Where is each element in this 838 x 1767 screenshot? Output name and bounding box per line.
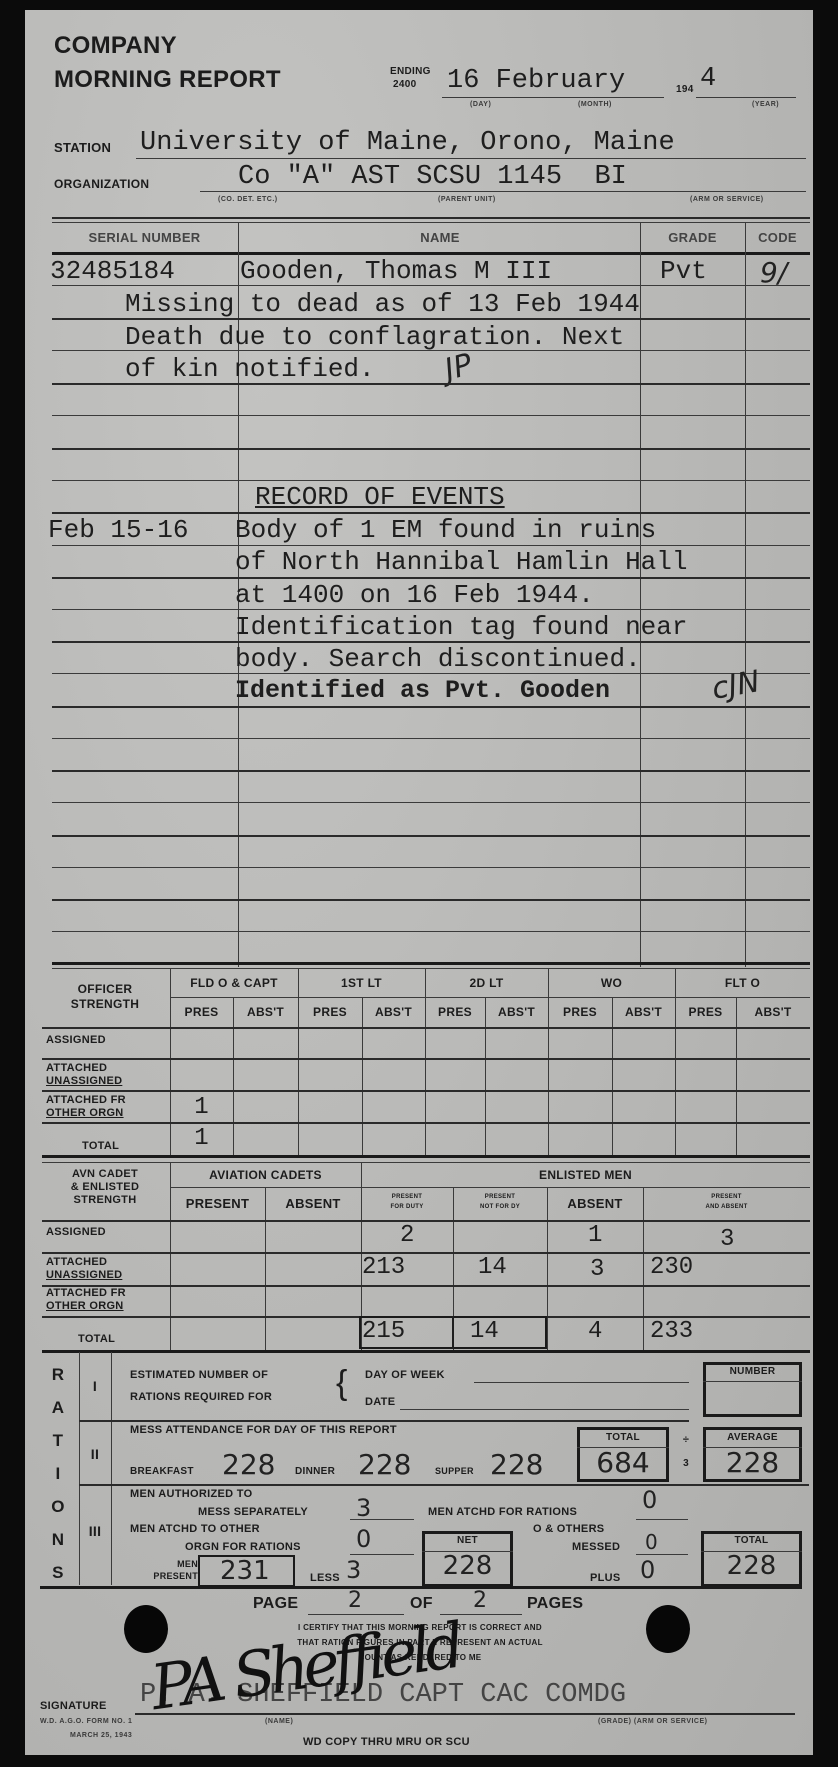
col-serial-number: SERIAL NUMBER	[52, 230, 237, 245]
enlisted-row-attached-other: ATTACHED FR OTHER ORGN	[46, 1287, 126, 1313]
officer-divider	[736, 998, 737, 1155]
breakfast-value: 228	[222, 1448, 275, 1481]
section-rule	[42, 1350, 810, 1353]
col-label-1: PRESENT	[643, 1192, 810, 1202]
assigned-present-and-absent: 3	[720, 1226, 734, 1253]
officer-row-total: TOTAL	[82, 1140, 119, 1152]
row-rule	[52, 480, 810, 481]
divisor: 3	[679, 1458, 693, 1469]
col-grade: GRADE	[640, 230, 745, 245]
sub-pres: PRES	[675, 1005, 736, 1019]
report-date: 16 February	[447, 66, 625, 96]
total-present-and-absent: 233	[650, 1318, 693, 1345]
page-label: PAGE	[253, 1595, 298, 1613]
row-rule	[52, 835, 810, 837]
rations-letter: N	[44, 1523, 72, 1556]
sub-abst: ABS'T	[362, 1005, 425, 1019]
col-cadets-absent: ABSENT	[265, 1196, 361, 1211]
sub-abst: ABS'T	[612, 1005, 675, 1019]
less-label: LESS	[310, 1572, 340, 1584]
section-ii-numeral: II	[79, 1446, 111, 1462]
atchd-other-label-1: MEN ATCHD TO OTHER	[130, 1523, 260, 1535]
atchd-for-label: MEN ATCHD FOR RATIONS	[428, 1506, 577, 1518]
dinner-value: 228	[358, 1448, 411, 1481]
rations-letter: I	[44, 1457, 72, 1490]
co-caption: (CO. DET. ETC.)	[218, 196, 278, 203]
col-name: NAME	[240, 230, 640, 245]
total-box-divider	[452, 1316, 454, 1349]
enlisted-strength-title: AVN CADET & ENLISTED STRENGTH	[40, 1168, 170, 1207]
assigned-absent: 1	[588, 1222, 602, 1249]
officer-row-attached-other: ATTACHED FR OTHER ORGN	[46, 1094, 126, 1120]
row-rule	[52, 350, 810, 351]
average-value: 228	[703, 1446, 802, 1479]
group-enlisted-men: ENLISTED MEN	[361, 1168, 810, 1182]
form-id-1: W.D. A.G.O. FORM NO. 1	[40, 1718, 132, 1725]
divider-name-grade	[640, 222, 641, 967]
col-code: CODE	[745, 230, 810, 245]
plus-label: PLUS	[590, 1572, 621, 1584]
section-rule2	[42, 1162, 810, 1163]
mess-attendance-label: MESS ATTENDANCE FOR DAY OF THIS REPORT	[130, 1424, 397, 1436]
form-id-2: MARCH 25, 1943	[70, 1732, 132, 1739]
rations-letter: S	[44, 1556, 72, 1589]
breakfast-label: BREAKFAST	[130, 1466, 194, 1477]
men-present-label: MEN PRESENT	[118, 1558, 198, 1582]
enlisted-title-3: STRENGTH	[40, 1194, 170, 1207]
total-absent: 4	[588, 1318, 602, 1345]
enlisted-rule	[42, 1220, 810, 1222]
row-rule	[52, 673, 810, 674]
col-present-and-absent: PRESENT AND ABSENT	[643, 1192, 810, 1212]
table-top-rule2	[52, 222, 810, 223]
group-fld-o-capt: FLD O & CAPT	[170, 976, 298, 990]
atchd-for-line	[636, 1519, 688, 1520]
net-label: NET	[422, 1535, 513, 1546]
col-present-for-duty: PRESENT FOR DUTY	[361, 1192, 453, 1212]
ending-label: ENDING	[390, 66, 431, 77]
enlisted-row-total: TOTAL	[78, 1333, 115, 1345]
auth-value: 3	[356, 1494, 371, 1522]
attached-present-duty: 213	[362, 1254, 405, 1281]
label-line-2: UNASSIGNED	[46, 1075, 122, 1088]
grade-value: Pvt	[660, 256, 707, 286]
row-rule	[52, 318, 810, 320]
divider-grade-code	[745, 222, 746, 967]
row-rule	[52, 577, 810, 579]
net-value: 228	[422, 1551, 513, 1581]
auth-label-2: MESS SEPARATELY	[198, 1506, 308, 1518]
station-label: STATION	[54, 140, 111, 155]
row-rule	[52, 545, 810, 546]
ending-time-label: 2400	[393, 79, 416, 90]
name-caption: (NAME)	[265, 1718, 293, 1725]
auth-line	[350, 1519, 414, 1520]
row-rule	[52, 867, 810, 868]
total-present-duty: 215	[362, 1318, 405, 1345]
date-underline	[442, 97, 664, 98]
section-rule	[42, 1155, 810, 1158]
group-flt-o: FLT O	[675, 976, 810, 990]
sub-abst: ABS'T	[233, 1005, 298, 1019]
row-rule	[52, 738, 810, 739]
rations-rule	[79, 1484, 809, 1486]
label-line-2: UNASSIGNED	[46, 1269, 122, 1282]
supper-value: 228	[490, 1448, 543, 1481]
total-present-not-duty: 14	[470, 1318, 499, 1345]
organization-value: Co "A" AST SCSU 1145 BI	[238, 162, 627, 192]
col-label-2: AND ABSENT	[643, 1202, 810, 1212]
remark-line-2: Death due to conflagration. Next	[125, 322, 624, 352]
rations-total-value: 228	[701, 1551, 802, 1581]
row-rule	[52, 448, 810, 450]
label-line-2: OTHER ORGN	[46, 1300, 126, 1313]
sub-pres: PRES	[170, 1005, 233, 1019]
enlisted-rule	[42, 1252, 810, 1254]
report-year: 4	[700, 64, 716, 94]
sub-pres: PRES	[298, 1005, 362, 1019]
col-label-2: FOR DUTY	[361, 1202, 453, 1212]
others-value: 0	[645, 1530, 658, 1554]
name-value: Gooden, Thomas M III	[240, 256, 552, 286]
station-underline	[136, 158, 806, 159]
label-line-1: ATTACHED FR	[46, 1287, 126, 1300]
label-line-1: MEN	[118, 1558, 198, 1570]
enlisted-subheader-rule	[170, 1187, 810, 1188]
section-iii-numeral: III	[79, 1523, 111, 1539]
supper-label: SUPPER	[435, 1466, 474, 1476]
event-date: Feb 15-16	[48, 515, 188, 545]
average-label: AVERAGE	[703, 1432, 802, 1443]
officer-row-assigned: ASSIGNED	[46, 1034, 106, 1046]
month-caption: (MONTH)	[578, 101, 612, 108]
year-caption: (YEAR)	[752, 101, 779, 108]
enlisted-row-attached-unassigned: ATTACHED UNASSIGNED	[46, 1256, 122, 1282]
enlisted-title-2: & ENLISTED	[40, 1181, 170, 1194]
men-present-value: 231	[220, 1556, 270, 1586]
number-label: NUMBER	[703, 1366, 802, 1377]
rations-divider	[111, 1352, 112, 1585]
form-title-line2: MORNING REPORT	[54, 66, 281, 94]
assigned-present-duty: 2	[400, 1222, 414, 1249]
year-prefix: 194	[676, 84, 694, 95]
organization-underline	[200, 191, 806, 192]
sub-pres: PRES	[548, 1005, 612, 1019]
officer-divider	[612, 998, 613, 1155]
enlisted-title-1: AVN CADET	[40, 1168, 170, 1181]
section-i-label-2: RATIONS REQUIRED FOR	[130, 1391, 272, 1403]
form-title-line1: COMPANY	[54, 32, 177, 60]
col-label-2: NOT FOR DY	[453, 1202, 547, 1212]
punch-hole-left	[124, 1605, 168, 1653]
atchd-other-line	[350, 1554, 414, 1555]
total-label: TOTAL	[577, 1432, 669, 1443]
page-line	[308, 1614, 404, 1615]
attached-absent: 3	[590, 1256, 604, 1283]
rations-bottom-rule	[40, 1586, 802, 1589]
group-1st-lt: 1ST LT	[298, 976, 425, 990]
remark-line-1: Missing to dead as of 13 Feb 1944	[125, 289, 640, 319]
rations-letter: R	[44, 1358, 72, 1391]
col-cadets-present: PRESENT	[170, 1196, 265, 1211]
officer-strength-title-2: STRENGTH	[40, 997, 170, 1012]
others-label-1: O & OTHERS	[533, 1523, 604, 1535]
officer-attached-other-fld-pres: 1	[170, 1094, 233, 1121]
label-line-1: ATTACHED	[46, 1256, 122, 1269]
row-rule	[52, 609, 810, 610]
signature-line	[135, 1713, 795, 1715]
label-line-2: PRESENT	[118, 1570, 198, 1582]
punch-hole-right	[646, 1605, 690, 1653]
officer-divider	[233, 998, 234, 1155]
event-line-4: Identification tag found near	[235, 612, 687, 642]
officer-row-attached-unassigned: ATTACHED UNASSIGNED	[46, 1062, 122, 1088]
col-present-not-for-duty: PRESENT NOT FOR DY	[453, 1192, 547, 1212]
officer-strength-title: OFFICER STRENGTH	[40, 982, 170, 1012]
day-of-week-label: DAY OF WEEK	[365, 1369, 445, 1381]
group-aviation-cadets: AVIATION CADETS	[170, 1168, 361, 1182]
row-rule	[52, 931, 810, 932]
row-rule	[52, 706, 810, 708]
rations-side-label: R A T I O N S	[44, 1358, 72, 1589]
row-rule	[52, 770, 810, 772]
sub-abst: ABS'T	[485, 1005, 548, 1019]
sub-pres: PRES	[425, 1005, 485, 1019]
signature-label: SIGNATURE	[40, 1700, 107, 1712]
label-line-1: ATTACHED FR	[46, 1094, 126, 1107]
group-2d-lt: 2D LT	[425, 976, 548, 990]
day-caption: (DAY)	[470, 101, 491, 108]
header-rule	[52, 252, 810, 255]
parent-unit-caption: (PARENT UNIT)	[438, 196, 496, 203]
date-label: DATE	[365, 1396, 395, 1408]
dinner-label: DINNER	[295, 1466, 335, 1477]
officer-strength-title-1: OFFICER	[40, 982, 170, 997]
plus-value: 0	[640, 1556, 655, 1584]
event-line-3: at 1400 on 16 Feb 1944.	[235, 580, 594, 610]
row-rule	[52, 512, 810, 514]
row-rule	[52, 802, 810, 803]
enlisted-row-assigned: ASSIGNED	[46, 1226, 106, 1238]
organization-label: ORGANIZATION	[54, 177, 149, 191]
officer-total-fld-pres: 1	[170, 1125, 233, 1152]
col-label-1: PRESENT	[453, 1192, 547, 1202]
rations-total-label: TOTAL	[701, 1535, 802, 1546]
officer-rule	[42, 1090, 810, 1092]
row-rule	[52, 899, 810, 901]
attached-present-not-duty: 14	[478, 1254, 507, 1281]
event-line-2: of North Hannibal Hamlin Hall	[235, 547, 687, 577]
divide-symbol: ÷	[679, 1434, 693, 1446]
enlisted-divider	[170, 1162, 171, 1350]
rations-letter: O	[44, 1490, 72, 1523]
day-of-week-line	[474, 1382, 689, 1383]
row-rule	[52, 641, 810, 643]
serial-number-value: 32485184	[50, 256, 175, 286]
of-label: OF	[410, 1595, 433, 1613]
sub-abst: ABS'T	[736, 1005, 810, 1019]
enlisted-divider	[643, 1188, 644, 1350]
table-top-rule	[52, 217, 810, 219]
officer-divider	[362, 998, 363, 1155]
officer-rule	[42, 1122, 810, 1124]
event-line-5: body. Search discontinued.	[235, 644, 641, 674]
officer-rule	[42, 1058, 810, 1060]
officer-rule	[42, 1027, 810, 1029]
rations-letter: A	[44, 1391, 72, 1424]
section-rule2	[52, 968, 810, 969]
page-number: 2	[310, 1588, 400, 1613]
label-line-1: ATTACHED	[46, 1062, 122, 1075]
atchd-other-value: 0	[356, 1525, 371, 1553]
rations-letter: T	[44, 1424, 72, 1457]
date-line	[400, 1409, 689, 1410]
auth-label-1: MEN AUTHORIZED TO	[130, 1488, 252, 1500]
record-of-events-title: RECORD OF EVENTS	[255, 482, 505, 512]
atchd-other-label-2: ORGN FOR RATIONS	[185, 1541, 301, 1553]
attached-present-and-absent: 230	[650, 1254, 693, 1281]
col-enlisted-absent: ABSENT	[547, 1196, 643, 1211]
row-rule	[52, 383, 810, 385]
number-box-rule	[703, 1381, 802, 1382]
enlisted-divider	[547, 1188, 548, 1350]
row-rule	[52, 285, 810, 286]
label-line-2: OTHER ORGN	[46, 1107, 126, 1120]
brace: {	[336, 1364, 348, 1403]
section-i-label-1: ESTIMATED NUMBER OF	[130, 1369, 268, 1381]
rations-rule	[79, 1420, 689, 1422]
officer-divider	[485, 998, 486, 1155]
pages-label: PAGES	[527, 1595, 583, 1613]
others-label-2: MESSED	[572, 1541, 620, 1553]
enlisted-rule	[42, 1285, 810, 1287]
grade-arm-caption: (GRADE) (ARM OR SERVICE)	[598, 1718, 707, 1725]
event-line-1: Body of 1 EM found in ruins	[235, 515, 656, 545]
section-rule	[52, 962, 810, 965]
station-value: University of Maine, Orono, Maine	[140, 128, 675, 158]
col-label-1: PRESENT	[361, 1192, 453, 1202]
event-line-bold: Identified as Pvt. Gooden	[235, 676, 610, 705]
row-rule	[52, 415, 810, 416]
enlisted-divider	[265, 1188, 266, 1350]
copy-note: WD COPY THRU MRU OR SCU	[303, 1736, 470, 1748]
others-line	[636, 1554, 688, 1555]
less-value: 3	[346, 1556, 361, 1584]
group-wo: WO	[548, 976, 675, 990]
officer-subheader-rule	[170, 997, 810, 998]
remark-line-3: of kin notified.	[125, 354, 375, 384]
total-value: 684	[577, 1446, 669, 1479]
section-i-numeral: I	[79, 1378, 111, 1394]
year-underline	[696, 97, 796, 98]
arm-caption: (ARM OR SERVICE)	[690, 196, 764, 203]
atchd-for-value: 0	[642, 1486, 657, 1514]
